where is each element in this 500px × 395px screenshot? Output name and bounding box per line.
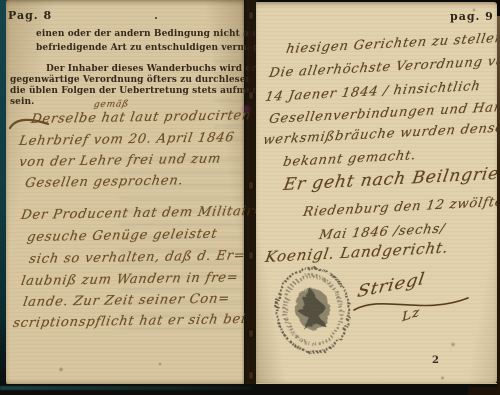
place-date-line: Riedenburg den 12 zwölften [302, 194, 500, 220]
page-number-right: pag. 9 [450, 10, 494, 23]
handwritten-line: 14 Jaener 1844 / hinsichtlich [264, 79, 482, 105]
handwritten-line: Die allerhöchste Verordnung vom [268, 53, 500, 81]
stain [158, 362, 162, 366]
page-left: Pag. 8 einen oder der andern Bedingung n… [6, 0, 244, 385]
binding-stitch [249, 12, 253, 19]
authority-line: Koenigl. Landgericht. [264, 239, 450, 266]
book-cover-edge-left [0, 0, 6, 385]
page-number-left: Pag. 8 [8, 9, 52, 22]
stain [472, 8, 476, 12]
ink-dot [155, 17, 157, 19]
binding-stitch [249, 92, 253, 99]
printed-line: sein. [10, 97, 34, 107]
handwritten-line: hiesigen Gerichten zu stellen [285, 31, 500, 57]
book-cover-edge-bottom [0, 386, 252, 390]
handwritten-line: bekannt gemacht. [282, 148, 417, 170]
stain [58, 367, 64, 372]
handwritten-line: Gesellen gesprochen. [24, 173, 185, 191]
bleed-through-text [214, 28, 244, 146]
wanderbuch-open-book-scan: Pag. 8 einen oder der andern Bedingung n… [0, 0, 500, 395]
page-right: pag. 9 hiesigen Gerichten zu stellen Die… [256, 2, 497, 384]
stain [296, 345, 301, 349]
handwritten-line: Lehrbrief vom 20. April 1846 [18, 130, 236, 149]
book-corner-bottom-right [468, 387, 500, 395]
binding-stitch [249, 330, 253, 337]
handwritten-insert: gemäß [93, 99, 130, 110]
ink-smudge [238, 105, 254, 113]
district-court-seal-icon [267, 260, 360, 361]
binding-stitch [249, 372, 253, 379]
sheet-number: 2 [432, 355, 439, 366]
stain [440, 376, 445, 380]
binding-stitch [249, 182, 253, 189]
binding-stitch [249, 252, 253, 259]
stain [450, 342, 456, 347]
